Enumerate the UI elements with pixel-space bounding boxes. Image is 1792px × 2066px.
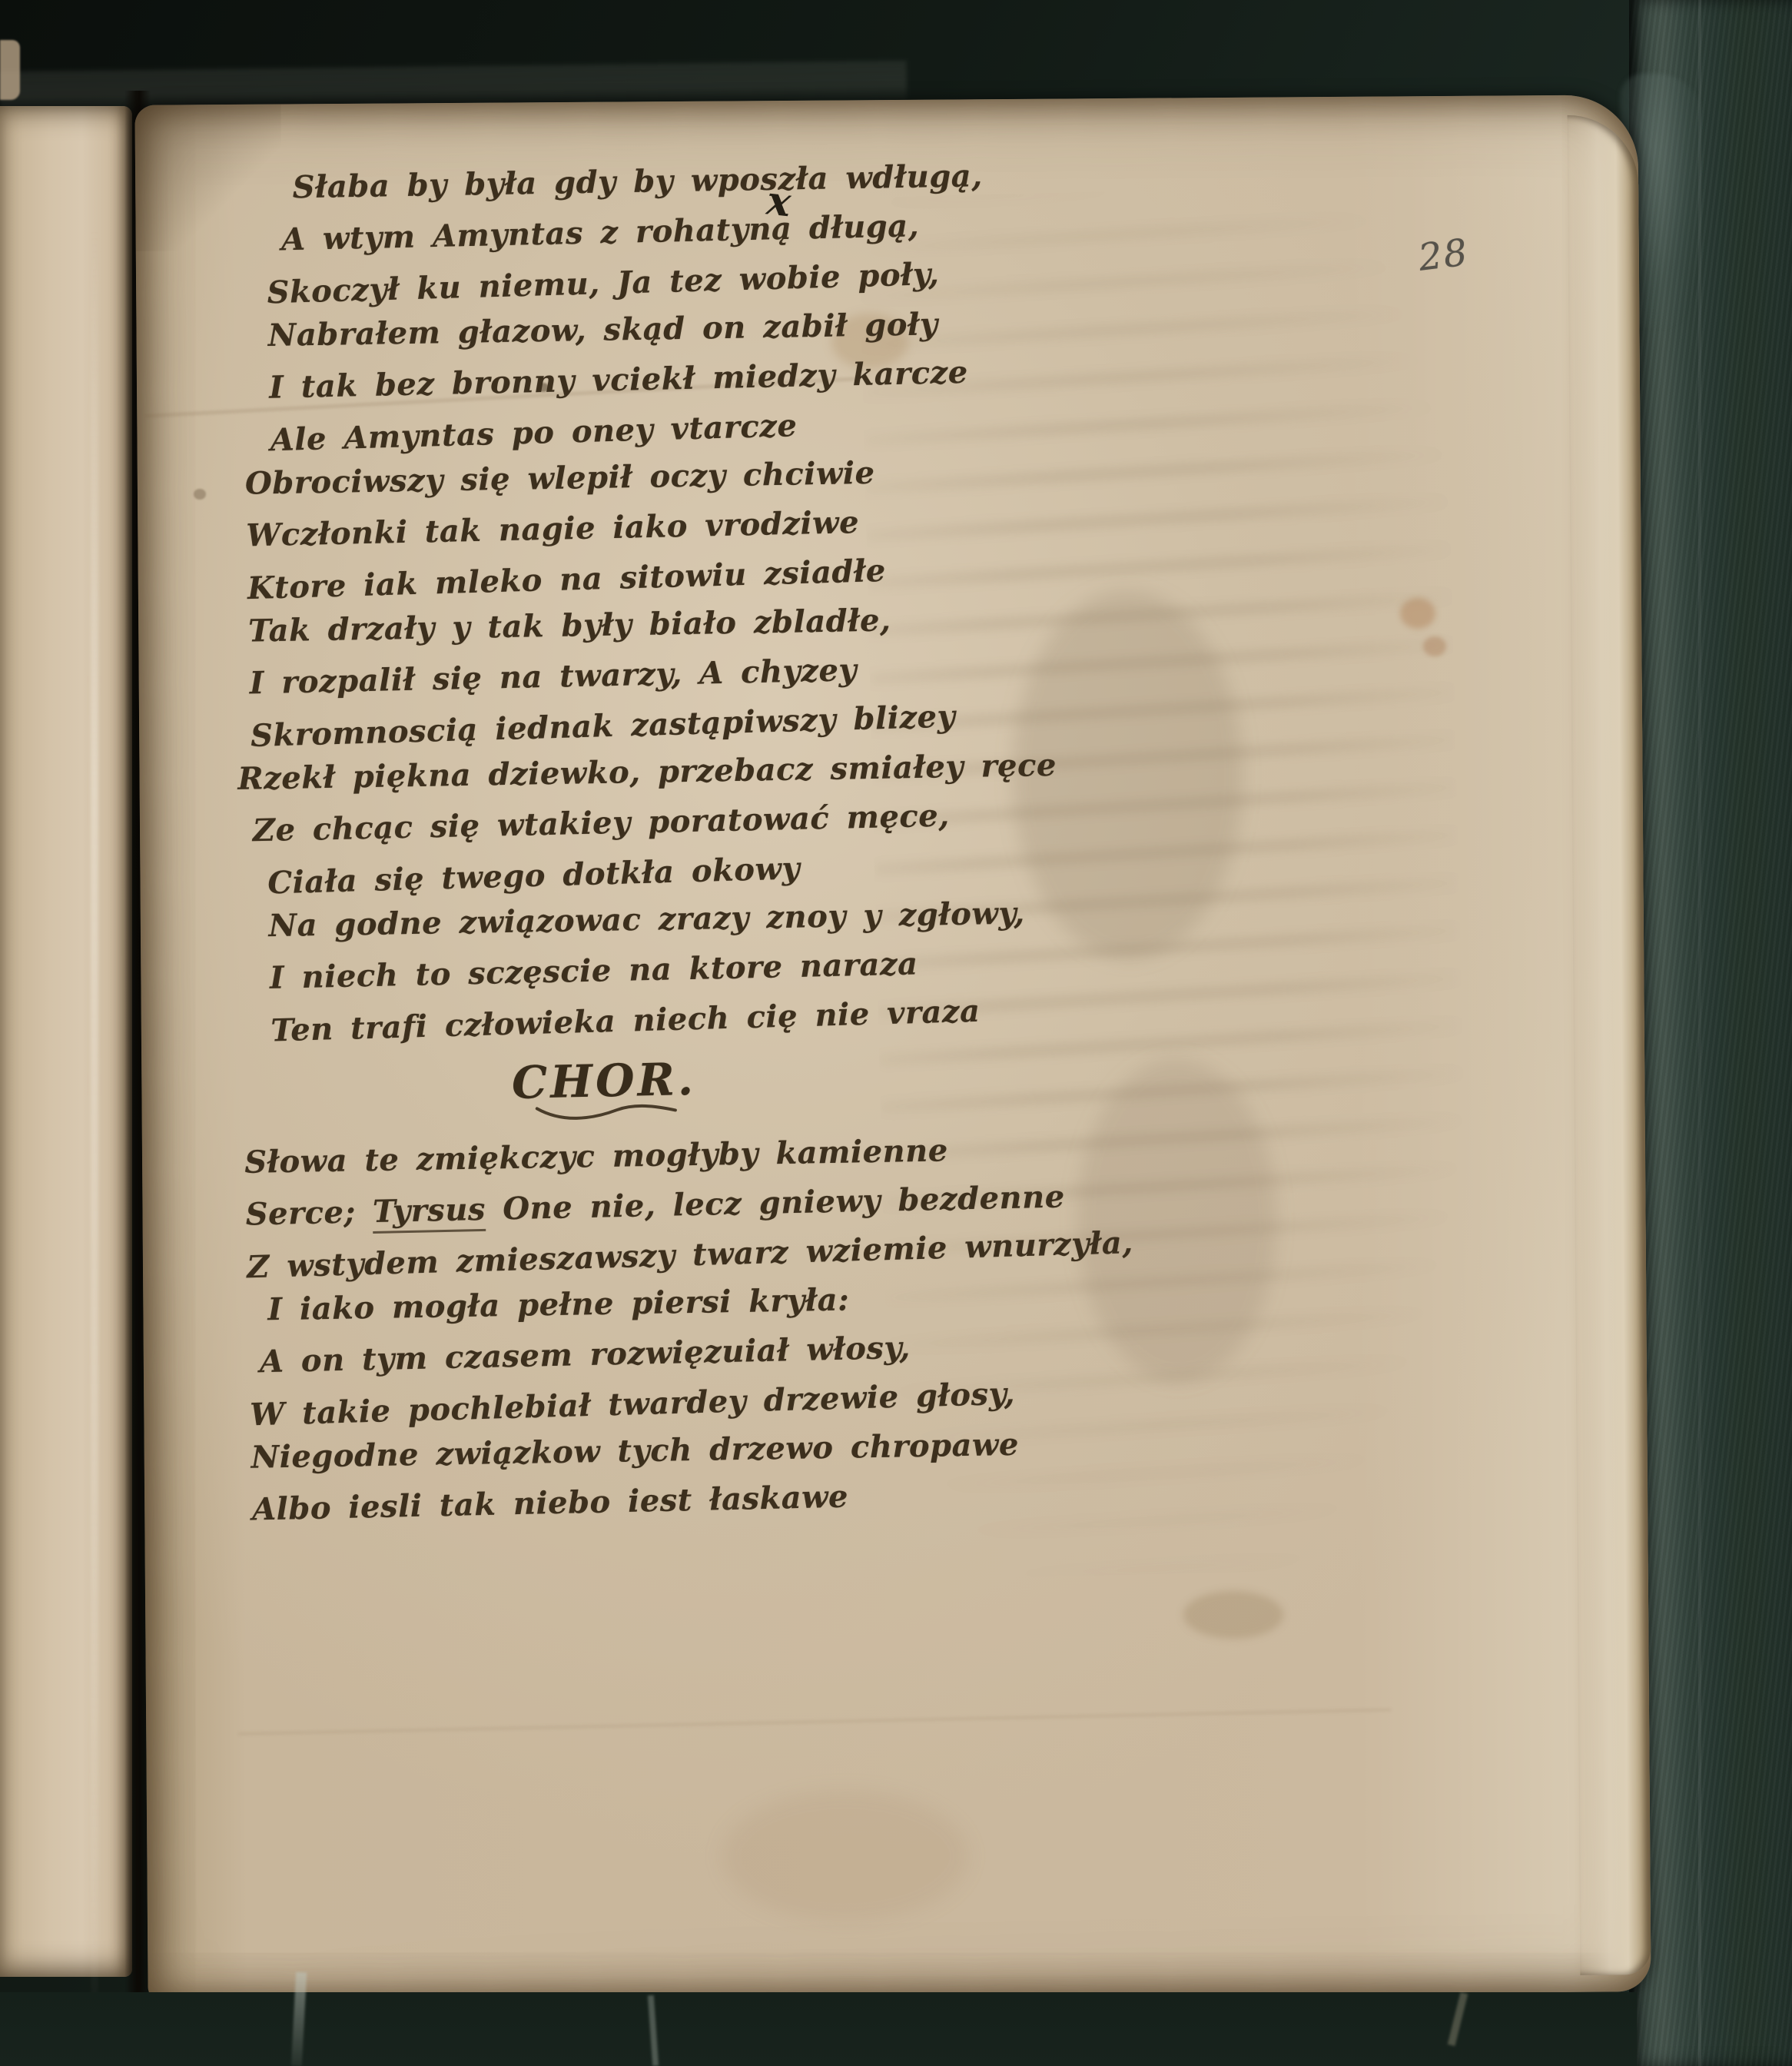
chorus-heading: CHOR. [511,1053,696,1109]
handwritten-text-block: Słaba by była gdy by wposzła wdługą,A wt… [221,141,1449,1535]
page-deckle-edge [1568,115,1651,1975]
binding-bottom-edge [0,1992,1637,2066]
stanza-tyrsis-speech: Słaba by była gdy by wposzła wdługą,A wt… [221,141,1439,1053]
ink-fleck [194,489,206,500]
underlined-word: Tyrsus [373,1191,486,1234]
verso-page-crease [91,229,98,2058]
paper-stain [1183,1591,1283,1639]
folio-number: 28 [1416,231,1471,280]
verso-page-edge [0,106,132,1977]
page-edge-chip [0,40,20,100]
stanza-chorus: Słowa te zmiękczyc mogłyby kamienneSerce… [243,1115,1450,1535]
cover-fold-line [1698,0,1701,2066]
paper-stain [722,1791,968,1922]
chorus-heading-wrap: CHOR. [511,1036,1441,1124]
paper-crease [238,1709,1391,1735]
manuscript-scan: { "page": { "folio_number": "28", "corne… [0,0,1792,2066]
